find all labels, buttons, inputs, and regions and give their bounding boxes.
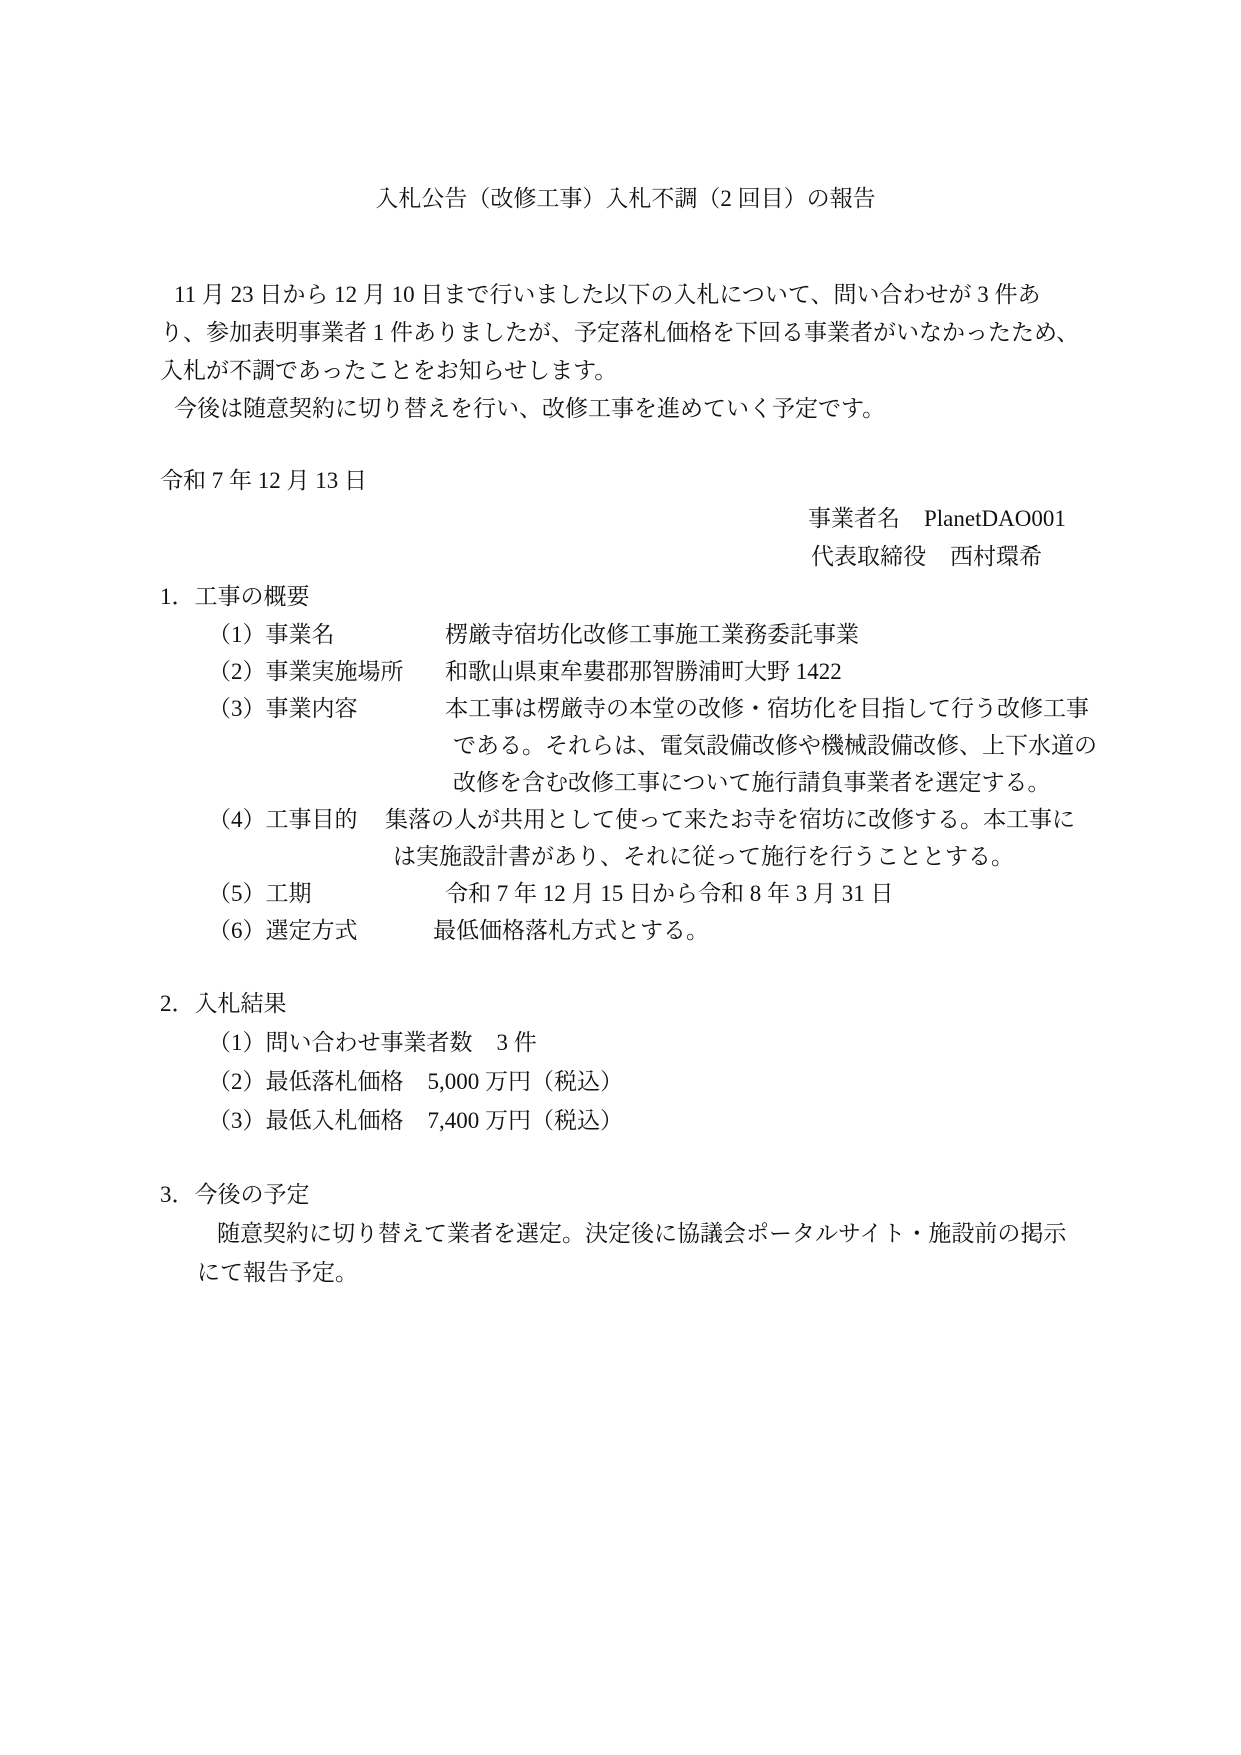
section2-item-3: （3）最低入札価格7,400 万円（税込）	[208, 1101, 1091, 1140]
item-value-line: 集落の人が共用として使って来たお寺を宿坊に改修する。本工事に	[385, 801, 1091, 838]
section3-heading: 3．今後の予定	[160, 1176, 1091, 1214]
section2-item-1: （1）問い合わせ事業者数3 件	[208, 1023, 1091, 1062]
intro-line: り、参加表明事業者 1 件ありましたが、予定落札価格を下回る事業者がいなかったた…	[160, 314, 1091, 352]
item-value: 集落の人が共用として使って来たお寺を宿坊に改修する。本工事に は実施設計書があり…	[385, 801, 1091, 875]
section3-body-line: 随意契約に切り替えて業者を選定。決定後に協議会ポータルサイト・施設前の掲示	[160, 1214, 1091, 1253]
section1-item-5: （5）工期 令和 7 年 12 月 15 日から令和 8 年 3 月 31 日	[208, 875, 1091, 912]
document-date: 令和 7 年 12 月 13 日	[160, 462, 1091, 500]
item-value: 楞厳寺宿坊化改修工事施工業務委託事業	[445, 616, 1091, 653]
intro-line: 11 月 23 日から 12 月 10 日まで行いました以下の入札について、問い…	[160, 276, 1091, 314]
issuer-company-label: 事業者名	[808, 506, 900, 531]
section1-item-6: （6）選定方式 最低価格落札方式とする。	[208, 912, 1091, 949]
section1-item-3: （3）事業内容 本工事は楞厳寺の本堂の改修・宿坊化を目指して行う改修工事 である…	[208, 690, 1091, 801]
followup-paragraph: 今後は随意契約に切り替えを行い、改修工事を進めていく予定です。	[160, 390, 1091, 428]
item-value: 和歌山県東牟婁郡那智勝浦町大野 1422	[445, 653, 1091, 690]
issuer-representative-line: 代表取締役西村環希	[160, 538, 1091, 576]
item-value: 令和 7 年 12 月 15 日から令和 8 年 3 月 31 日	[445, 875, 1091, 912]
item-label: （1）事業名	[208, 616, 445, 653]
item-value-line: 楞厳寺宿坊化改修工事施工業務委託事業	[445, 616, 1091, 653]
document-page: 入札公告（改修工事）入札不調（2 回目）の報告 11 月 23 日から 12 月…	[0, 0, 1241, 1755]
item-value-line: は実施設計書があり、それに従って施行を行うこととする。	[393, 838, 1091, 875]
section2-heading: 2．入札結果	[160, 985, 1091, 1023]
item-label: （5）工期	[208, 875, 445, 912]
issuer-representative-label: 代表取締役	[811, 544, 926, 569]
item-label: （3）事業内容	[208, 690, 445, 801]
section3-body-line: にて報告予定。	[160, 1253, 1091, 1292]
item-value: 7,400 万円（税込）	[428, 1108, 624, 1133]
issuer-company-value: PlanetDAO001	[924, 506, 1066, 531]
intro-paragraph: 11 月 23 日から 12 月 10 日まで行いました以下の入札について、問い…	[160, 276, 1091, 390]
item-value-line: 和歌山県東牟婁郡那智勝浦町大野 1422	[445, 653, 1091, 690]
item-value-line: である。それらは、電気設備改修や機械設備改修、上下水道の	[453, 727, 1097, 764]
item-value-line: 改修を含む改修工事について施行請負事業者を選定する。	[453, 764, 1097, 801]
item-value: 5,000 万円（税込）	[428, 1069, 624, 1094]
item-label: （2）事業実施場所	[208, 653, 445, 690]
item-value: 本工事は楞厳寺の本堂の改修・宿坊化を目指して行う改修工事 である。それらは、電気…	[445, 690, 1097, 801]
section1-item-1: （1）事業名 楞厳寺宿坊化改修工事施工業務委託事業	[208, 616, 1091, 653]
item-value-line: 本工事は楞厳寺の本堂の改修・宿坊化を目指して行う改修工事	[445, 690, 1097, 727]
item-value-line: 令和 7 年 12 月 15 日から令和 8 年 3 月 31 日	[445, 875, 1091, 912]
document-title: 入札公告（改修工事）入札不調（2 回目）の報告	[160, 180, 1091, 218]
item-value: 最低価格落札方式とする。	[433, 912, 1091, 949]
item-label: （4）工事目的	[208, 801, 385, 875]
issuer-company-line: 事業者名PlanetDAO001	[160, 500, 1091, 538]
section2-item-2: （2）最低落札価格5,000 万円（税込）	[208, 1062, 1091, 1101]
section1-heading: 1．工事の概要	[160, 578, 1091, 616]
intro-line: 入札が不調であったことをお知らせします。	[160, 352, 1091, 390]
item-value: 3 件	[497, 1030, 537, 1055]
item-label: （3）最低入札価格	[208, 1108, 404, 1133]
item-label: （1）問い合わせ事業者数	[208, 1030, 473, 1055]
item-label: （2）最低落札価格	[208, 1069, 404, 1094]
section1-item-4: （4）工事目的 集落の人が共用として使って来たお寺を宿坊に改修する。本工事に は…	[208, 801, 1091, 875]
issuer-representative-value: 西村環希	[950, 544, 1042, 569]
section1-item-2: （2）事業実施場所 和歌山県東牟婁郡那智勝浦町大野 1422	[208, 653, 1091, 690]
item-value-line: 最低価格落札方式とする。	[433, 912, 1091, 949]
item-label: （6）選定方式	[208, 912, 433, 949]
